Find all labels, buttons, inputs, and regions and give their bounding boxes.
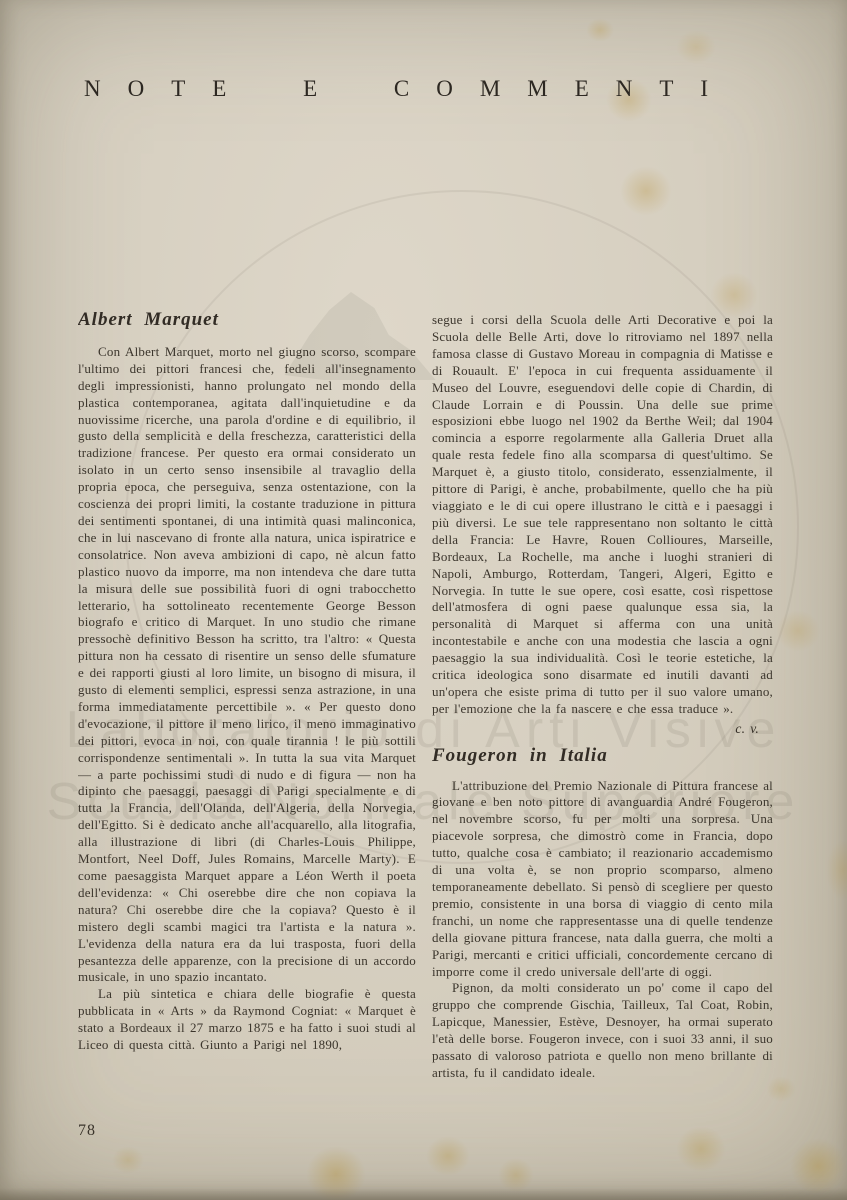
section-masthead: NOTE E COMMENTI <box>84 76 784 102</box>
left-column: Albert Marquet Con Albert Marquet, morto… <box>78 312 416 1134</box>
article-body-right: L'attribuzione del Premio Nazionale di P… <box>432 778 773 1082</box>
page-number: 78 <box>78 1122 96 1140</box>
scan-bottom-edge <box>0 1188 847 1200</box>
article-title-albert-marquet: Albert Marquet <box>78 312 416 329</box>
right-column: segue i corsi della Scuola delle Arti De… <box>432 312 773 1134</box>
paragraph: Pignon, da molti considerato un po' come… <box>432 980 773 1081</box>
author-initials: c. v. <box>432 721 773 738</box>
paragraph: La più sintetica e chiara delle biografi… <box>78 986 416 1054</box>
paragraph: L'attribuzione del Premio Nazionale di P… <box>432 778 773 981</box>
scanned-magazine-page: Laboratorio di Arti Visive Scuola Normal… <box>0 0 847 1200</box>
paragraph-continuation: segue i corsi della Scuola delle Arti De… <box>432 312 773 718</box>
paragraph: Con Albert Marquet, morto nel giugno sco… <box>78 344 416 986</box>
article-body-left: Con Albert Marquet, morto nel giugno sco… <box>78 344 416 1054</box>
article-title-fougeron-in-italia: Fougeron in Italia <box>432 748 773 765</box>
